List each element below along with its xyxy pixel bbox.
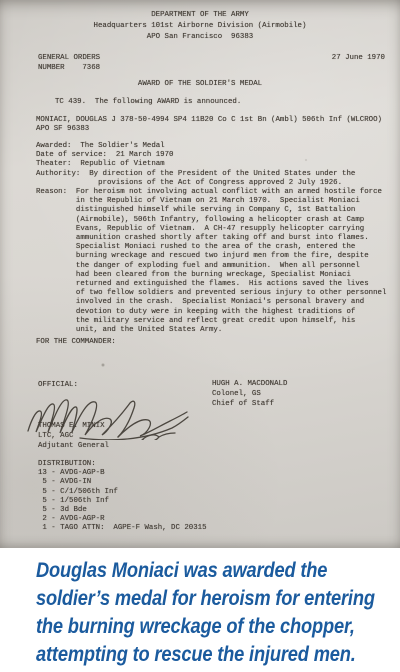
document-letterhead: DEPARTMENT OF THE ARMY Headquarters 101s…: [0, 10, 400, 43]
chief-of-staff-block: HUGH A. MACDONALD Colonel, GS Chief of S…: [212, 379, 287, 409]
award-announcement: TC 439. The following AWARD is announced…: [55, 98, 241, 107]
photo-caption: Douglas Moniaci was awarded the soldier’…: [36, 556, 375, 668]
award-details: Awarded: The Soldier's Medal Date of ser…: [36, 142, 386, 335]
order-date: 27 June 1970: [332, 54, 385, 63]
awardee-line: MONIACI, DOUGLAS J 378-50-4994 SP4 11B20…: [36, 116, 382, 134]
for-the-commander: FOR THE COMMANDER:: [36, 338, 116, 347]
general-orders-number: GENERAL ORDERS NUMBER 7368: [38, 53, 100, 73]
army-document: DEPARTMENT OF THE ARMY Headquarters 101s…: [0, 0, 400, 548]
official-label: OFFICIAL:: [38, 381, 78, 390]
document-title: AWARD OF THE SOLDIER'S MEDAL: [0, 80, 400, 89]
distribution-list: DISTRIBUTION: 13 - AVDG-AGP-B 5 - AVDG-I…: [38, 460, 207, 534]
adjutant-general-block: THOMAS E. MINIX LTC, AGC Adjutant Genera…: [38, 421, 109, 451]
